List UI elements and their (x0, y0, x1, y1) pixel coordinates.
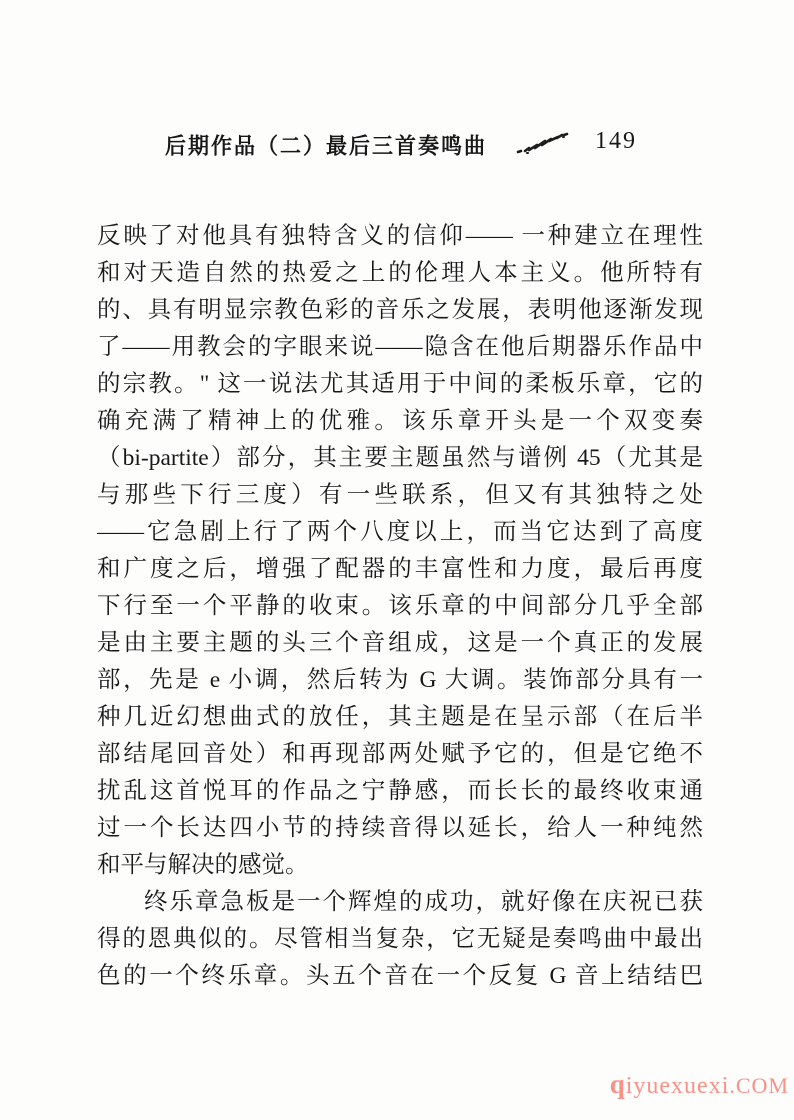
text-line: 的宗教。" 这一说法尤其适用于中间的柔板乐章，它的 (97, 366, 703, 403)
text-line: 扰乱这首悦耳的作品之宁静感，而长长的最终收束通 (97, 773, 703, 810)
text-line: 部，先是 e 小调，然后转为 G 大调。装饰部分具有一 (97, 662, 703, 699)
text-line: 的、具有明显宗教色彩的音乐之发展，表明他逐渐发现 (97, 292, 703, 329)
watermark-letter-q: q (610, 1069, 626, 1099)
page-header: 后期作品（二）最后三首奏鸣曲 149 (97, 126, 703, 166)
text-line: 和对天造自然的热爱之上的伦理人本主义。他所特有 (97, 255, 703, 292)
text-line: 了——用教会的字眼来说——隐含在他后期器乐作品中 (97, 329, 703, 366)
running-title: 后期作品（二）最后三首奏鸣曲 (165, 129, 487, 161)
text-line: 和平与解决的感觉。 (97, 847, 703, 884)
text-line: 下行至一个平静的收束。该乐章的中间部分几乎全部 (97, 588, 703, 625)
text-line: 终乐章急板是一个辉煌的成功，就好像在庆祝已获 (97, 884, 703, 921)
watermark: qiyuexuexi.COM (610, 1069, 789, 1100)
text-line: 得的恩典似的。尽管相当复杂，它无疑是奏鸣曲中最出 (97, 921, 703, 958)
text-line: （bi-partite）部分，其主要主题虽然与谱例 45（尤其是 (97, 440, 703, 477)
book-page: 后期作品（二）最后三首奏鸣曲 149 反映了对他具有独特含义的信仰—— 一种建立… (0, 0, 794, 1120)
text-line: 是由主要主题的头三个音组成，这是一个真正的发展 (97, 625, 703, 662)
page-number: 149 (595, 128, 637, 155)
text-line: 确充满了精神上的优雅。该乐章开头是一个双变奏 (97, 403, 703, 440)
text-line: 部结尾回音处）和再现部两处赋予它的，但是它绝不 (97, 736, 703, 773)
watermark-site-name: iyuexuexi (626, 1073, 730, 1099)
text-line: 种几近幻想曲式的放任，其主题是在呈示部（在后半 (97, 699, 703, 736)
body-text: 反映了对他具有独特含义的信仰—— 一种建立在理性和对天造自然的热爱之上的伦理人本… (97, 218, 703, 995)
text-line: 与那些下行三度）有一些联系，但又有其独特之处 (97, 477, 703, 514)
text-line: 色的一个终乐章。头五个音在一个反复 G 音上结结巴 (97, 958, 703, 995)
text-line: ——它急剧上行了两个八度以上，而当它达到了高度 (97, 514, 703, 551)
text-line: 反映了对他具有独特含义的信仰—— 一种建立在理性 (97, 218, 703, 255)
text-line: 和广度之后，增强了配器的丰富性和力度，最后再度 (97, 551, 703, 588)
text-line: 过一个长达四小节的持续音得以延长，给人一种纯然 (97, 810, 703, 847)
pen-flourish-icon (515, 132, 571, 163)
watermark-tld: .COM (729, 1073, 789, 1098)
